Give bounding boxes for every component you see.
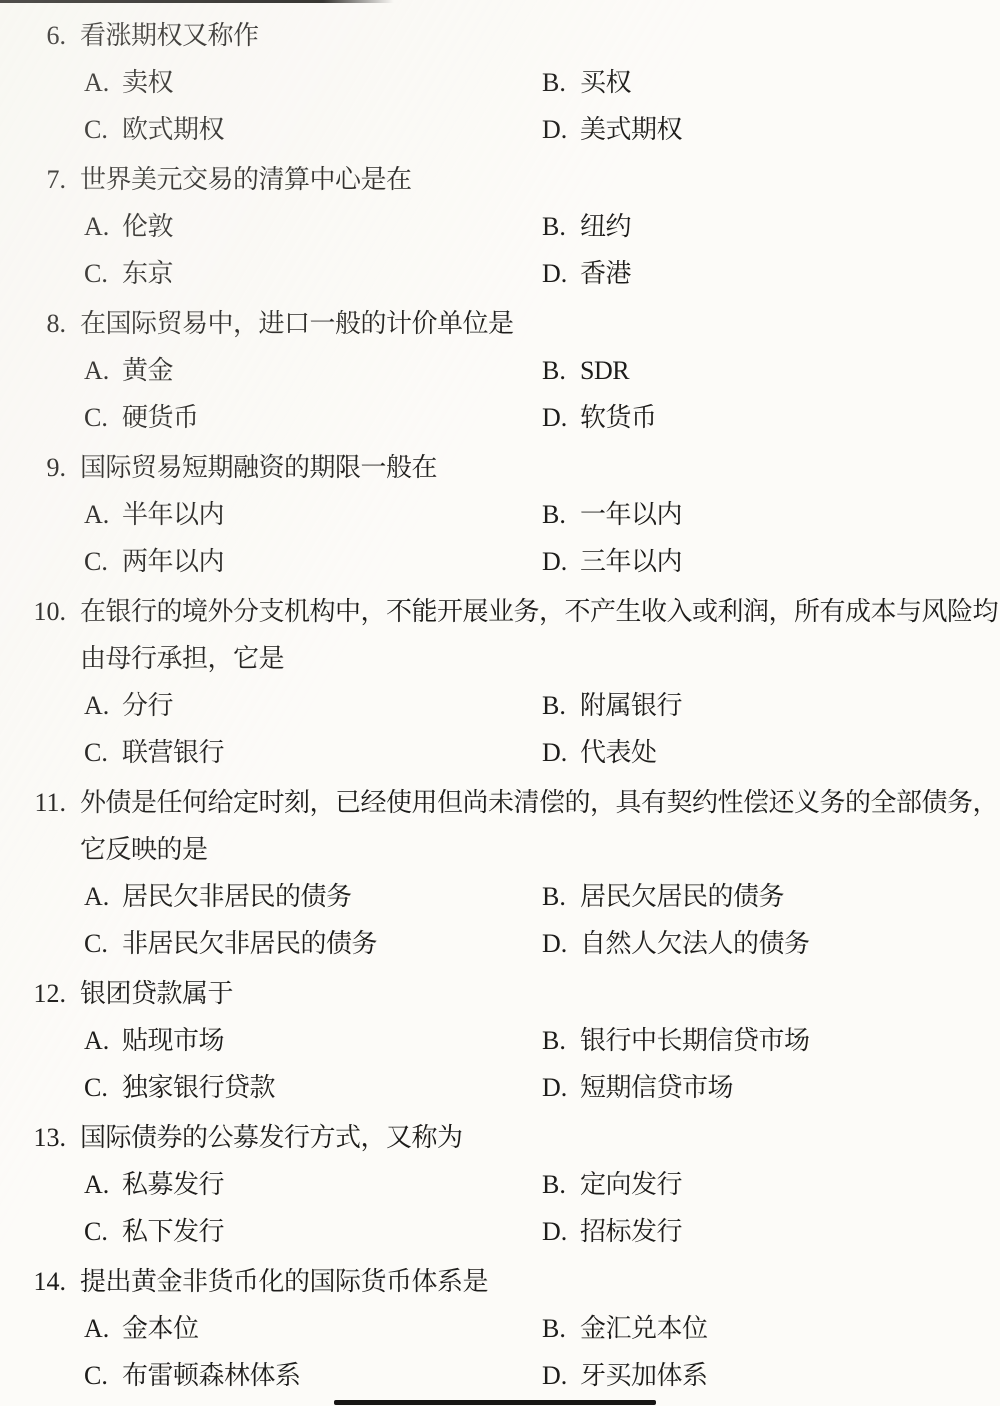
option-text: 代表处: [580, 729, 657, 776]
question-number: 10.: [0, 588, 66, 635]
option-a: A. 居民欠非居民的债务: [84, 873, 542, 920]
option-letter: D.: [542, 920, 580, 967]
option-letter: A.: [84, 203, 122, 250]
option-text: 牙买加体系: [580, 1352, 708, 1399]
option-text: 东京: [122, 250, 173, 297]
option-text: 私募发行: [122, 1161, 224, 1208]
option-b: B. SDR: [542, 347, 629, 394]
question-text: 看涨期权又称作: [80, 12, 259, 59]
option-text: 居民欠非居民的债务: [122, 873, 352, 920]
question-number: 11.: [0, 779, 66, 826]
question-text: 外债是任何给定时刻，已经使用但尚未清偿的，具有契约性偿还义务的全部债务，: [80, 779, 998, 826]
option-letter: B.: [542, 1161, 580, 1208]
option-letter: C.: [84, 106, 122, 153]
option-letter: B.: [542, 873, 580, 920]
question-stem: 7. 世界美元交易的清算中心是在: [0, 156, 1000, 203]
scan-edge-bottom-artifact: [334, 1400, 656, 1405]
option-d: D. 香港: [542, 250, 631, 297]
option-letter: C.: [84, 538, 122, 585]
option-row: A. 私募发行 B. 定向发行: [0, 1161, 1000, 1208]
option-text: 伦敦: [122, 203, 173, 250]
option-letter: D.: [542, 1208, 580, 1255]
option-letter: A.: [84, 347, 122, 394]
option-text: 黄金: [122, 347, 173, 394]
option-b: B. 买权: [542, 59, 631, 106]
option-a: A. 卖权: [84, 59, 542, 106]
option-letter: C.: [84, 1064, 122, 1111]
option-letter: C.: [84, 1352, 122, 1399]
option-letter: B.: [542, 682, 580, 729]
option-text: 金汇兑本位: [580, 1305, 708, 1352]
question-text: 世界美元交易的清算中心是在: [80, 156, 412, 203]
option-text: 定向发行: [580, 1161, 682, 1208]
option-row: C. 独家银行贷款 D. 短期信贷市场: [0, 1064, 1000, 1111]
option-c: C. 布雷顿森林体系: [84, 1352, 542, 1399]
option-a: A. 半年以内: [84, 491, 542, 538]
option-letter: B.: [542, 347, 580, 394]
option-row: C. 东京 D. 香港: [0, 250, 1000, 297]
question-stem: 10. 在银行的境外分支机构中，不能开展业务，不产生收入或利润，所有成本与风险均: [0, 588, 1000, 635]
option-letter: A.: [84, 491, 122, 538]
option-text: 卖权: [122, 59, 173, 106]
question-text: 在银行的境外分支机构中，不能开展业务，不产生收入或利润，所有成本与风险均: [80, 588, 998, 635]
option-text: 布雷顿森林体系: [122, 1352, 301, 1399]
option-letter: C.: [84, 1208, 122, 1255]
exam-page: 6. 看涨期权又称作 A. 卖权 B. 买权 C. 欧式期权 D. 美式期权: [0, 0, 1000, 1399]
option-b: B. 附属银行: [542, 682, 682, 729]
option-letter: D.: [542, 250, 580, 297]
question-number: 12.: [0, 970, 66, 1017]
option-b: B. 金汇兑本位: [542, 1305, 708, 1352]
option-letter: A.: [84, 1017, 122, 1064]
option-letter: D.: [542, 729, 580, 776]
question-number: 9.: [0, 444, 66, 491]
option-a: A. 分行: [84, 682, 542, 729]
option-row: C. 硬货币 D. 软货币: [0, 394, 1000, 441]
option-text: 分行: [122, 682, 173, 729]
option-text: 贴现市场: [122, 1017, 224, 1064]
question-10: 10. 在银行的境外分支机构中，不能开展业务，不产生收入或利润，所有成本与风险均…: [0, 588, 1000, 776]
option-text: 附属银行: [580, 682, 682, 729]
option-text: 一年以内: [580, 491, 682, 538]
option-a: A. 私募发行: [84, 1161, 542, 1208]
option-text: 居民欠居民的债务: [580, 873, 784, 920]
option-c: C. 私下发行: [84, 1208, 542, 1255]
option-row: C. 联营银行 D. 代表处: [0, 729, 1000, 776]
question-stem: 13. 国际债券的公募发行方式，又称为: [0, 1114, 1000, 1161]
option-letter: D.: [542, 538, 580, 585]
option-letter: A.: [84, 682, 122, 729]
question-number: 8.: [0, 300, 66, 347]
option-c: C. 联营银行: [84, 729, 542, 776]
option-text: 两年以内: [122, 538, 224, 585]
option-text: 非居民欠非居民的债务: [122, 920, 377, 967]
question-number: 14.: [0, 1258, 66, 1305]
option-d: D. 自然人欠法人的债务: [542, 920, 810, 967]
option-c: C. 独家银行贷款: [84, 1064, 542, 1111]
option-letter: C.: [84, 394, 122, 441]
option-row: A. 分行 B. 附属银行: [0, 682, 1000, 729]
question-number: 6.: [0, 12, 66, 59]
question-6: 6. 看涨期权又称作 A. 卖权 B. 买权 C. 欧式期权 D. 美式期权: [0, 12, 1000, 153]
option-text: 美式期权: [580, 106, 682, 153]
question-text: 在国际贸易中，进口一般的计价单位是: [80, 300, 514, 347]
question-11: 11. 外债是任何给定时刻，已经使用但尚未清偿的，具有契约性偿还义务的全部债务，…: [0, 779, 1000, 967]
option-text: 纽约: [580, 203, 631, 250]
question-number: 7.: [0, 156, 66, 203]
question-14: 14. 提出黄金非货币化的国际货币体系是 A. 金本位 B. 金汇兑本位 C. …: [0, 1258, 1000, 1399]
option-letter: B.: [542, 59, 580, 106]
option-text: 三年以内: [580, 538, 682, 585]
question-stem: 6. 看涨期权又称作: [0, 12, 1000, 59]
option-row: A. 居民欠非居民的债务 B. 居民欠居民的债务: [0, 873, 1000, 920]
option-c: C. 欧式期权: [84, 106, 542, 153]
option-b: B. 一年以内: [542, 491, 682, 538]
option-text: 独家银行贷款: [122, 1064, 275, 1111]
option-d: D. 牙买加体系: [542, 1352, 708, 1399]
option-letter: A.: [84, 59, 122, 106]
option-text: SDR: [580, 347, 629, 394]
option-c: C. 非居民欠非居民的债务: [84, 920, 542, 967]
option-text: 买权: [580, 59, 631, 106]
question-12: 12. 银团贷款属于 A. 贴现市场 B. 银行中长期信贷市场 C. 独家银行贷…: [0, 970, 1000, 1111]
option-d: D. 美式期权: [542, 106, 682, 153]
question-text: 国际债券的公募发行方式，又称为: [80, 1114, 463, 1161]
option-c: C. 东京: [84, 250, 542, 297]
option-d: D. 软货币: [542, 394, 657, 441]
option-row: A. 贴现市场 B. 银行中长期信贷市场: [0, 1017, 1000, 1064]
question-8: 8. 在国际贸易中，进口一般的计价单位是 A. 黄金 B. SDR C. 硬货币…: [0, 300, 1000, 441]
question-text: 国际贸易短期融资的期限一般在: [80, 444, 437, 491]
option-c: C. 两年以内: [84, 538, 542, 585]
option-row: C. 非居民欠非居民的债务 D. 自然人欠法人的债务: [0, 920, 1000, 967]
option-letter: A.: [84, 873, 122, 920]
option-text: 硬货币: [122, 394, 199, 441]
question-text: 提出黄金非货币化的国际货币体系是: [80, 1258, 488, 1305]
option-a: A. 伦敦: [84, 203, 542, 250]
option-letter: B.: [542, 1305, 580, 1352]
option-letter: B.: [542, 491, 580, 538]
option-letter: C.: [84, 250, 122, 297]
option-letter: D.: [542, 1064, 580, 1111]
option-row: A. 半年以内 B. 一年以内: [0, 491, 1000, 538]
option-letter: D.: [542, 394, 580, 441]
option-letter: C.: [84, 920, 122, 967]
option-b: B. 纽约: [542, 203, 631, 250]
option-text: 招标发行: [580, 1208, 682, 1255]
question-13: 13. 国际债券的公募发行方式，又称为 A. 私募发行 B. 定向发行 C. 私…: [0, 1114, 1000, 1255]
option-row: A. 金本位 B. 金汇兑本位: [0, 1305, 1000, 1352]
option-text: 短期信贷市场: [580, 1064, 733, 1111]
question-stem: 9. 国际贸易短期融资的期限一般在: [0, 444, 1000, 491]
option-a: A. 贴现市场: [84, 1017, 542, 1064]
option-text: 银行中长期信贷市场: [580, 1017, 810, 1064]
option-d: D. 招标发行: [542, 1208, 682, 1255]
option-letter: D.: [542, 106, 580, 153]
option-row: A. 伦敦 B. 纽约: [0, 203, 1000, 250]
option-a: A. 黄金: [84, 347, 542, 394]
option-b: B. 定向发行: [542, 1161, 682, 1208]
option-letter: D.: [542, 1352, 580, 1399]
question-stem: 8. 在国际贸易中，进口一般的计价单位是: [0, 300, 1000, 347]
option-row: C. 布雷顿森林体系 D. 牙买加体系: [0, 1352, 1000, 1399]
question-text-line2: 由母行承担，它是: [0, 635, 1000, 682]
option-letter: B.: [542, 1017, 580, 1064]
option-text: 私下发行: [122, 1208, 224, 1255]
option-a: A. 金本位: [84, 1305, 542, 1352]
question-stem: 12. 银团贷款属于: [0, 970, 1000, 1017]
option-letter: C.: [84, 729, 122, 776]
option-text: 香港: [580, 250, 631, 297]
option-letter: A.: [84, 1305, 122, 1352]
option-row: A. 卖权 B. 买权: [0, 59, 1000, 106]
option-d: D. 三年以内: [542, 538, 682, 585]
option-b: B. 居民欠居民的债务: [542, 873, 784, 920]
option-text: 联营银行: [122, 729, 224, 776]
option-letter: B.: [542, 203, 580, 250]
option-c: C. 硬货币: [84, 394, 542, 441]
option-row: C. 欧式期权 D. 美式期权: [0, 106, 1000, 153]
option-d: D. 代表处: [542, 729, 657, 776]
question-7: 7. 世界美元交易的清算中心是在 A. 伦敦 B. 纽约 C. 东京 D. 香港: [0, 156, 1000, 297]
option-letter: A.: [84, 1161, 122, 1208]
option-text: 软货币: [580, 394, 657, 441]
question-stem: 11. 外债是任何给定时刻，已经使用但尚未清偿的，具有契约性偿还义务的全部债务，: [0, 779, 1000, 826]
option-row: C. 私下发行 D. 招标发行: [0, 1208, 1000, 1255]
option-d: D. 短期信贷市场: [542, 1064, 733, 1111]
option-text: 金本位: [122, 1305, 199, 1352]
option-row: A. 黄金 B. SDR: [0, 347, 1000, 394]
question-text-line2: 它反映的是: [0, 826, 1000, 873]
question-text: 银团贷款属于: [80, 970, 233, 1017]
option-b: B. 银行中长期信贷市场: [542, 1017, 810, 1064]
question-9: 9. 国际贸易短期融资的期限一般在 A. 半年以内 B. 一年以内 C. 两年以…: [0, 444, 1000, 585]
option-text: 欧式期权: [122, 106, 224, 153]
option-text: 半年以内: [122, 491, 224, 538]
question-stem: 14. 提出黄金非货币化的国际货币体系是: [0, 1258, 1000, 1305]
option-text: 自然人欠法人的债务: [580, 920, 810, 967]
question-number: 13.: [0, 1114, 66, 1161]
option-row: C. 两年以内 D. 三年以内: [0, 538, 1000, 585]
